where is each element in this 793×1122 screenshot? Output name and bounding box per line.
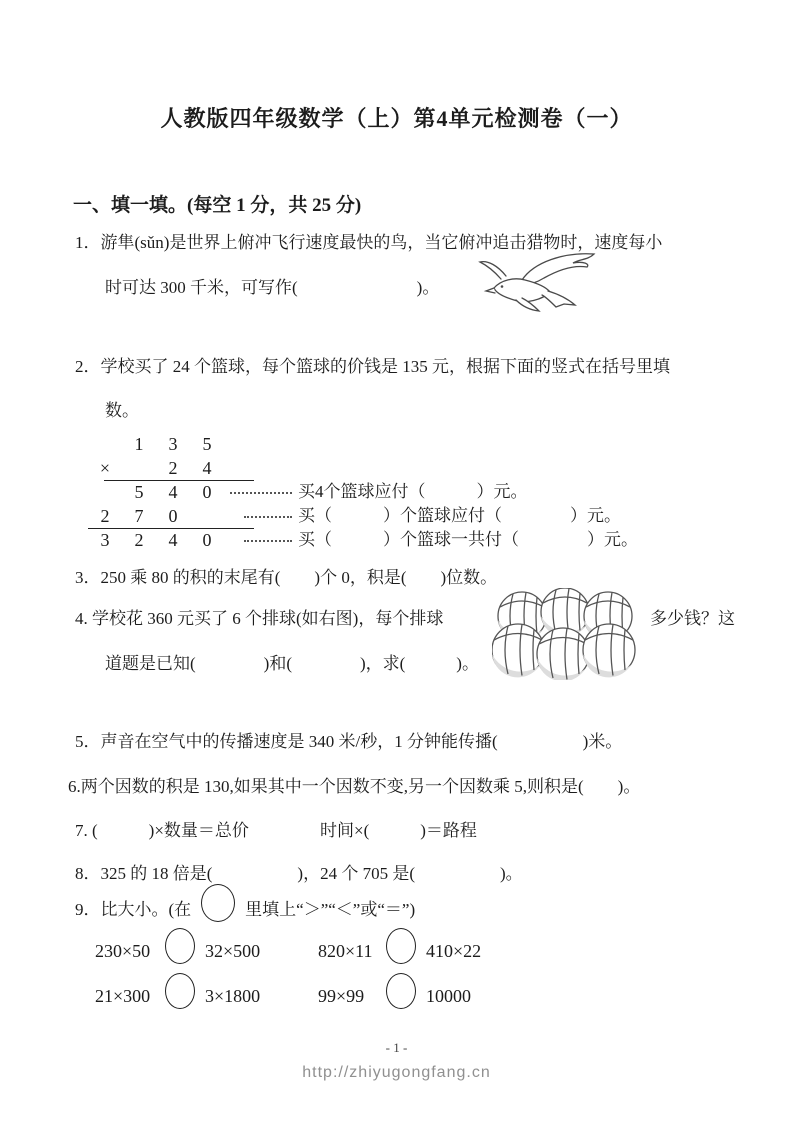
mult-digit: 5 xyxy=(190,432,224,456)
mult-digit: 3 xyxy=(88,528,122,552)
comparison-circle xyxy=(386,928,416,964)
question-6: 6.两个因数的积是 130,如果其中一个因数不变,另一个因数乘 5,则积是( )… xyxy=(68,776,640,798)
mult-digit: 1 xyxy=(122,432,156,456)
question-7-right: 时间×( )＝路程 xyxy=(320,820,477,842)
question-4-line-1-left: 4. 学校花 360 元买了 6 个排球(如右图)，每个排球 xyxy=(75,608,443,630)
mult-digit: 0 xyxy=(156,504,190,528)
page-number: - 1 - xyxy=(0,1040,793,1056)
mult-digit: 2 xyxy=(88,504,122,528)
vertical-multiplication: 135 ×24 540 买4个篮球应付（ ）元。 270 买（ ）个篮球应付（ … xyxy=(88,432,688,552)
mult-row-partial-2: 270 买（ ）个篮球应付（ ）元。 xyxy=(88,504,688,528)
dotted-connector xyxy=(244,516,292,518)
question-2-line-2: 数。 xyxy=(105,400,139,422)
mult-digit xyxy=(122,456,156,480)
question-9-heading: 9．比大小。(在 里填上“＞”“＜”或“＝”) xyxy=(75,880,415,922)
test-paper-page: 人教版四年级数学（上）第4单元检测卷（一） 一、填一填。(每空 1 分，共 25… xyxy=(0,0,793,1122)
volleyballs-illustration-icon xyxy=(492,588,644,680)
mult-digit: 0 xyxy=(190,528,224,552)
comparison-circle xyxy=(165,973,195,1009)
comparison-circle xyxy=(386,973,416,1009)
question-9-label-after: 里填上“＞”“＜”或“＝”) xyxy=(245,898,415,922)
footer-url: http://zhiyugongfang.cn xyxy=(0,1064,793,1082)
mult-digit: 7 xyxy=(122,504,156,528)
mult-digit: 2 xyxy=(156,456,190,480)
question-7-left: 7. ( )×数量＝总价 xyxy=(75,820,249,842)
dotted-connector xyxy=(244,540,292,542)
mult-annotation-3: 买（ ）个篮球一共付（ ）元。 xyxy=(298,528,638,552)
question-3: 3．250 乘 80 的积的末尾有( )个 0，积是( )位数。 xyxy=(75,567,497,589)
question-5: 5．声音在空气中的传播速度是 340 米/秒，1 分钟能传播( )米。 xyxy=(75,731,622,753)
comparison-right-expression: 410×22 xyxy=(426,941,481,962)
mult-digit: 5 xyxy=(122,480,156,504)
section-1-heading: 一、填一填。(每空 1 分，共 25 分) xyxy=(73,190,361,217)
comparison-left-expression: 21×300 xyxy=(95,986,150,1007)
mult-digit: 4 xyxy=(190,456,224,480)
comparison-left-expression: 820×11 xyxy=(318,941,372,962)
mult-digit: 4 xyxy=(156,528,190,552)
question-4-line-2: 道题是已知( )和( )，求( )。 xyxy=(105,653,479,675)
mult-digit: 3 xyxy=(156,432,190,456)
comparison-right-expression: 3×1800 xyxy=(205,986,260,1007)
question-9-label-before: 9．比大小。(在 xyxy=(75,898,191,922)
mult-digit xyxy=(190,504,224,528)
question-2-line-1: 2．学校买了 24 个篮球，每个篮球的价钱是 135 元，根据下面的竖式在括号里… xyxy=(75,356,670,378)
comparison-circle xyxy=(165,928,195,964)
mult-digit: 4 xyxy=(156,480,190,504)
comparison-left-expression: 230×50 xyxy=(95,941,150,962)
comparison-circle xyxy=(201,884,235,922)
comparison-right-expression: 32×500 xyxy=(205,941,260,962)
mult-row-product: 3240 买（ ）个篮球一共付（ ）元。 xyxy=(88,528,688,552)
comparison-row-2: 21×300 3×1800 99×99 10000 xyxy=(88,973,708,1019)
dotted-connector xyxy=(230,492,292,494)
mult-digit: 0 xyxy=(190,480,224,504)
mult-row-multiplicand: 135 xyxy=(88,432,688,456)
mult-row-multiplier: ×24 xyxy=(88,456,688,480)
page-title: 人教版四年级数学（上）第4单元检测卷（一） xyxy=(0,102,793,133)
question-4-line-1-right: 多少钱？这 xyxy=(650,608,735,630)
mult-annotation-2: 买（ ）个篮球应付（ ）元。 xyxy=(298,504,621,528)
mult-digit xyxy=(88,432,122,456)
falcon-illustration-icon xyxy=(476,250,598,318)
mult-digit xyxy=(88,480,122,504)
comparison-left-expression: 99×99 xyxy=(318,986,364,1007)
question-1-line-2: 时可达 300 千米，可写作( )。 xyxy=(105,277,439,299)
comparison-row-1: 230×50 32×500 820×11 410×22 xyxy=(88,928,708,974)
mult-rule-line xyxy=(88,528,254,529)
multiply-sign: × xyxy=(88,456,122,480)
comparison-right-expression: 10000 xyxy=(426,986,471,1007)
mult-row-partial-1: 540 买4个篮球应付（ ）元。 xyxy=(88,480,688,504)
mult-annotation-1: 买4个篮球应付（ ）元。 xyxy=(298,480,528,504)
mult-rule-line xyxy=(104,480,254,481)
mult-digit: 2 xyxy=(122,528,156,552)
